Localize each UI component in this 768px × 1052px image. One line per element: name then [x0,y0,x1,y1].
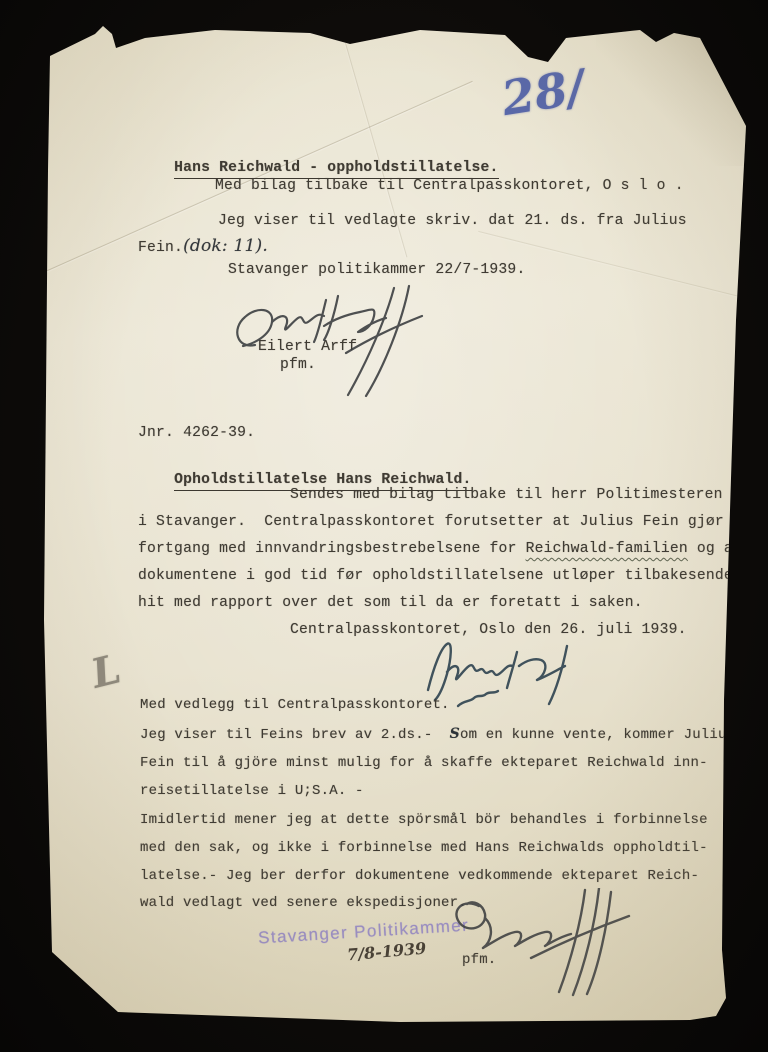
journal-number: Jnr. 4262-39. [138,425,255,442]
body-line-typed: Fein. [138,240,183,256]
body-line: Jeg viser til vedlagte skriv. dat 21. ds… [218,213,687,230]
body-line: Med bilag tilbake til Centralpasskontore… [215,178,684,195]
handwritten-date: 7/8-1939 [346,939,427,965]
body-line-part: om en kunne vente, kommer Julius [460,727,735,743]
body-line: Med vedlegg til Centralpasskontoret. [140,697,450,713]
signer-title-typed: pfm. [462,952,496,968]
hand-corrected-letter: S [450,726,460,742]
signer-name-typed: Eilert Arff [258,339,357,356]
body-line: Fein til å gjöre minst mulig for å skaff… [140,755,708,771]
corner-fold-shadow [596,26,746,166]
signer-title-typed: pfm. [280,357,316,374]
title-text: Hans Reichwald - oppholdstillatelse. [174,160,499,179]
archive-number-annotation: 28/ [498,60,588,127]
body-line: dokumentene i god tid før opholdstillate… [138,568,742,585]
body-line: Fein.(dok: 11). [138,237,268,257]
pencil-margin-mark: L [87,645,126,697]
dateline: Centralpasskontoret, Oslo den 26. juli 1… [290,622,687,639]
body-line: Sendes med bilag tilbake til herr Politi… [290,487,723,504]
body-line: reisetillatelse i U;S.A. - [140,783,364,799]
body-line-part: fortgang med innvandringsbestrebelsene f… [138,541,526,557]
document-paper: 28/ Hans Reichwald - oppholdstillatelse.… [44,26,746,1022]
body-line: Jeg viser til Feins brev av 2.ds.- Som e… [140,726,735,743]
body-line-part: og at [688,541,742,557]
body-line: latelse.- Jeg ber derfor dokumentene ved… [140,868,699,884]
body-line: wald vedlagt ved senere ekspedisjoner. [140,895,467,911]
body-line: fortgang med innvandringsbestrebelsene f… [138,541,742,558]
archival-scan-page: { "annotations": { "archive_number": "28… [0,0,768,1052]
handwritten-doc-reference: (dok: 11). [183,236,268,256]
dateline: Stavanger politikammer 22/7-1939. [228,262,525,279]
body-line: i Stavanger. Centralpasskontoret forutse… [138,514,724,531]
body-line: med den sak, og ikke i forbinnelse med H… [140,840,708,856]
body-line: Imidlertid mener jeg at dette spörsmål b… [140,812,708,828]
hand-underlined-phrase: Reichwald-familien [526,541,688,557]
body-line: hit med rapport over det som til da er f… [138,595,643,612]
body-line-part: Jeg viser til Feins brev av 2.ds.- [140,727,450,743]
